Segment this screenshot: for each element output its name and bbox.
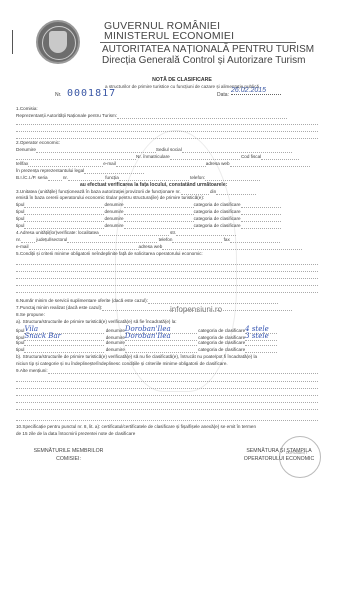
operator-row-4: În prezența reprezentantului legal: [16, 168, 318, 174]
section8-heading: 8.Se propune:: [16, 312, 318, 318]
section5-line: [16, 264, 318, 265]
section5-line: [16, 285, 318, 286]
document-date: 26.02.2015: [231, 87, 281, 95]
proposal-row: tipul denumire categoria de clasificare: [16, 340, 318, 346]
section9-line: [16, 388, 318, 389]
denumire-value: Doroban'Ilea: [125, 332, 171, 340]
section5-line: [16, 271, 318, 272]
nr-label: Nr.: [55, 92, 61, 98]
verification-note: au efectuat verificarea la fața locului,…: [80, 182, 364, 188]
directorate-name: Direcția Generală Control și Autorizare …: [102, 55, 314, 66]
section9-line: [16, 409, 318, 410]
document-subtitle: a structurilor de primire turistice cu f…: [0, 84, 364, 89]
authority-heading: AUTORITATEA NAȚIONALĂ PENTRU TURISM Dire…: [102, 44, 314, 66]
section10-line1: 10.Specificație pentru punctul nr. 8, li…: [16, 424, 318, 430]
section9-line: [16, 402, 318, 403]
operator-row-1: DenumireSediul social: [16, 147, 318, 153]
section3-row: tipuldenumirecategoria de clasificare: [16, 209, 318, 215]
reps-line-2: [16, 131, 318, 132]
section8-b-line2: niciun tip și categorie și nu îndeplineș…: [16, 361, 318, 367]
header-divider: [100, 42, 296, 43]
gov-line2: MINISTERUL ECONOMIEI: [104, 31, 234, 41]
section3-row: tipuldenumirecategoria de clasificare: [16, 216, 318, 222]
section1-heading: 1.Comisia:: [16, 106, 318, 112]
romania-coat-of-arms-seal: [36, 20, 80, 64]
proposal-row: tipul denumire categoria de clasificare: [16, 347, 318, 353]
categoria-value: 3 stele: [245, 332, 269, 340]
section10-line2: de 15 zile de la data întocmirii prezent…: [16, 431, 318, 437]
section9-line: [16, 395, 318, 396]
government-heading: GUVERNUL ROMÂNIEI MINISTERUL ECONOMIEI: [104, 21, 234, 41]
scan-mark: [12, 30, 13, 54]
date-label: Data:: [217, 92, 229, 98]
section4-line3: e-mailadresa web: [16, 244, 318, 250]
section4-line1: 4.Adresa unității(lor)verificate: locali…: [16, 230, 318, 236]
section1-reps: Reprezentanții Autorității Naționale pen…: [16, 113, 318, 119]
operator-row-2: Nr. înmatriculare Cod fiscal: [16, 154, 318, 160]
section3-row: tipuldenumirecategoria de clasificare: [16, 223, 318, 229]
section3-line2: emisă în baza cererii operatorului econo…: [16, 195, 318, 201]
section5-line: [16, 292, 318, 293]
section3-row: tipuldenumirecategoria de clasificare: [16, 202, 318, 208]
operator-row-5: B.I./C.I./P. seria nr. funcția telefon:: [16, 175, 318, 181]
reps-line-3: [16, 138, 318, 139]
tip-value: Snack Bar: [24, 332, 61, 340]
document-number: 0001817: [67, 88, 116, 99]
section2-heading: 2.Operator economic:: [16, 140, 318, 146]
section6: 6.Număr minim de servicii suplimentare o…: [16, 298, 318, 304]
authority-name: AUTORITATEA NAȚIONALĂ PENTRU TURISM: [102, 44, 314, 55]
section5-line: [16, 278, 318, 279]
operator-signature: SEMNĂTURA ȘI ȘTAMPILA OPERATORULUI ECONO…: [234, 447, 324, 463]
section7: 7.Punctaj minim realizat (dacă este cazu…: [16, 305, 318, 311]
operator-row-3: tel/faxe-mailadresa web: [16, 161, 318, 167]
section9-line: [16, 420, 318, 421]
section5-heading: 5.Condiții și criterii minime obligatori…: [16, 251, 318, 257]
document-title: NOTĂ DE CLASIFICARE: [0, 77, 364, 83]
section9-line: [16, 381, 318, 382]
section4-line2: nr. județul/sectorul telefon fax: [16, 237, 318, 243]
section9: 9.Alte mențiuni:: [16, 368, 318, 374]
commission-signatures: SEMNĂTURILE MEMBRILOR COMISIEI:: [26, 447, 111, 463]
reps-line-1: [16, 124, 318, 125]
section8-b-line1: b). Structura/structurile de primire tur…: [16, 354, 318, 360]
